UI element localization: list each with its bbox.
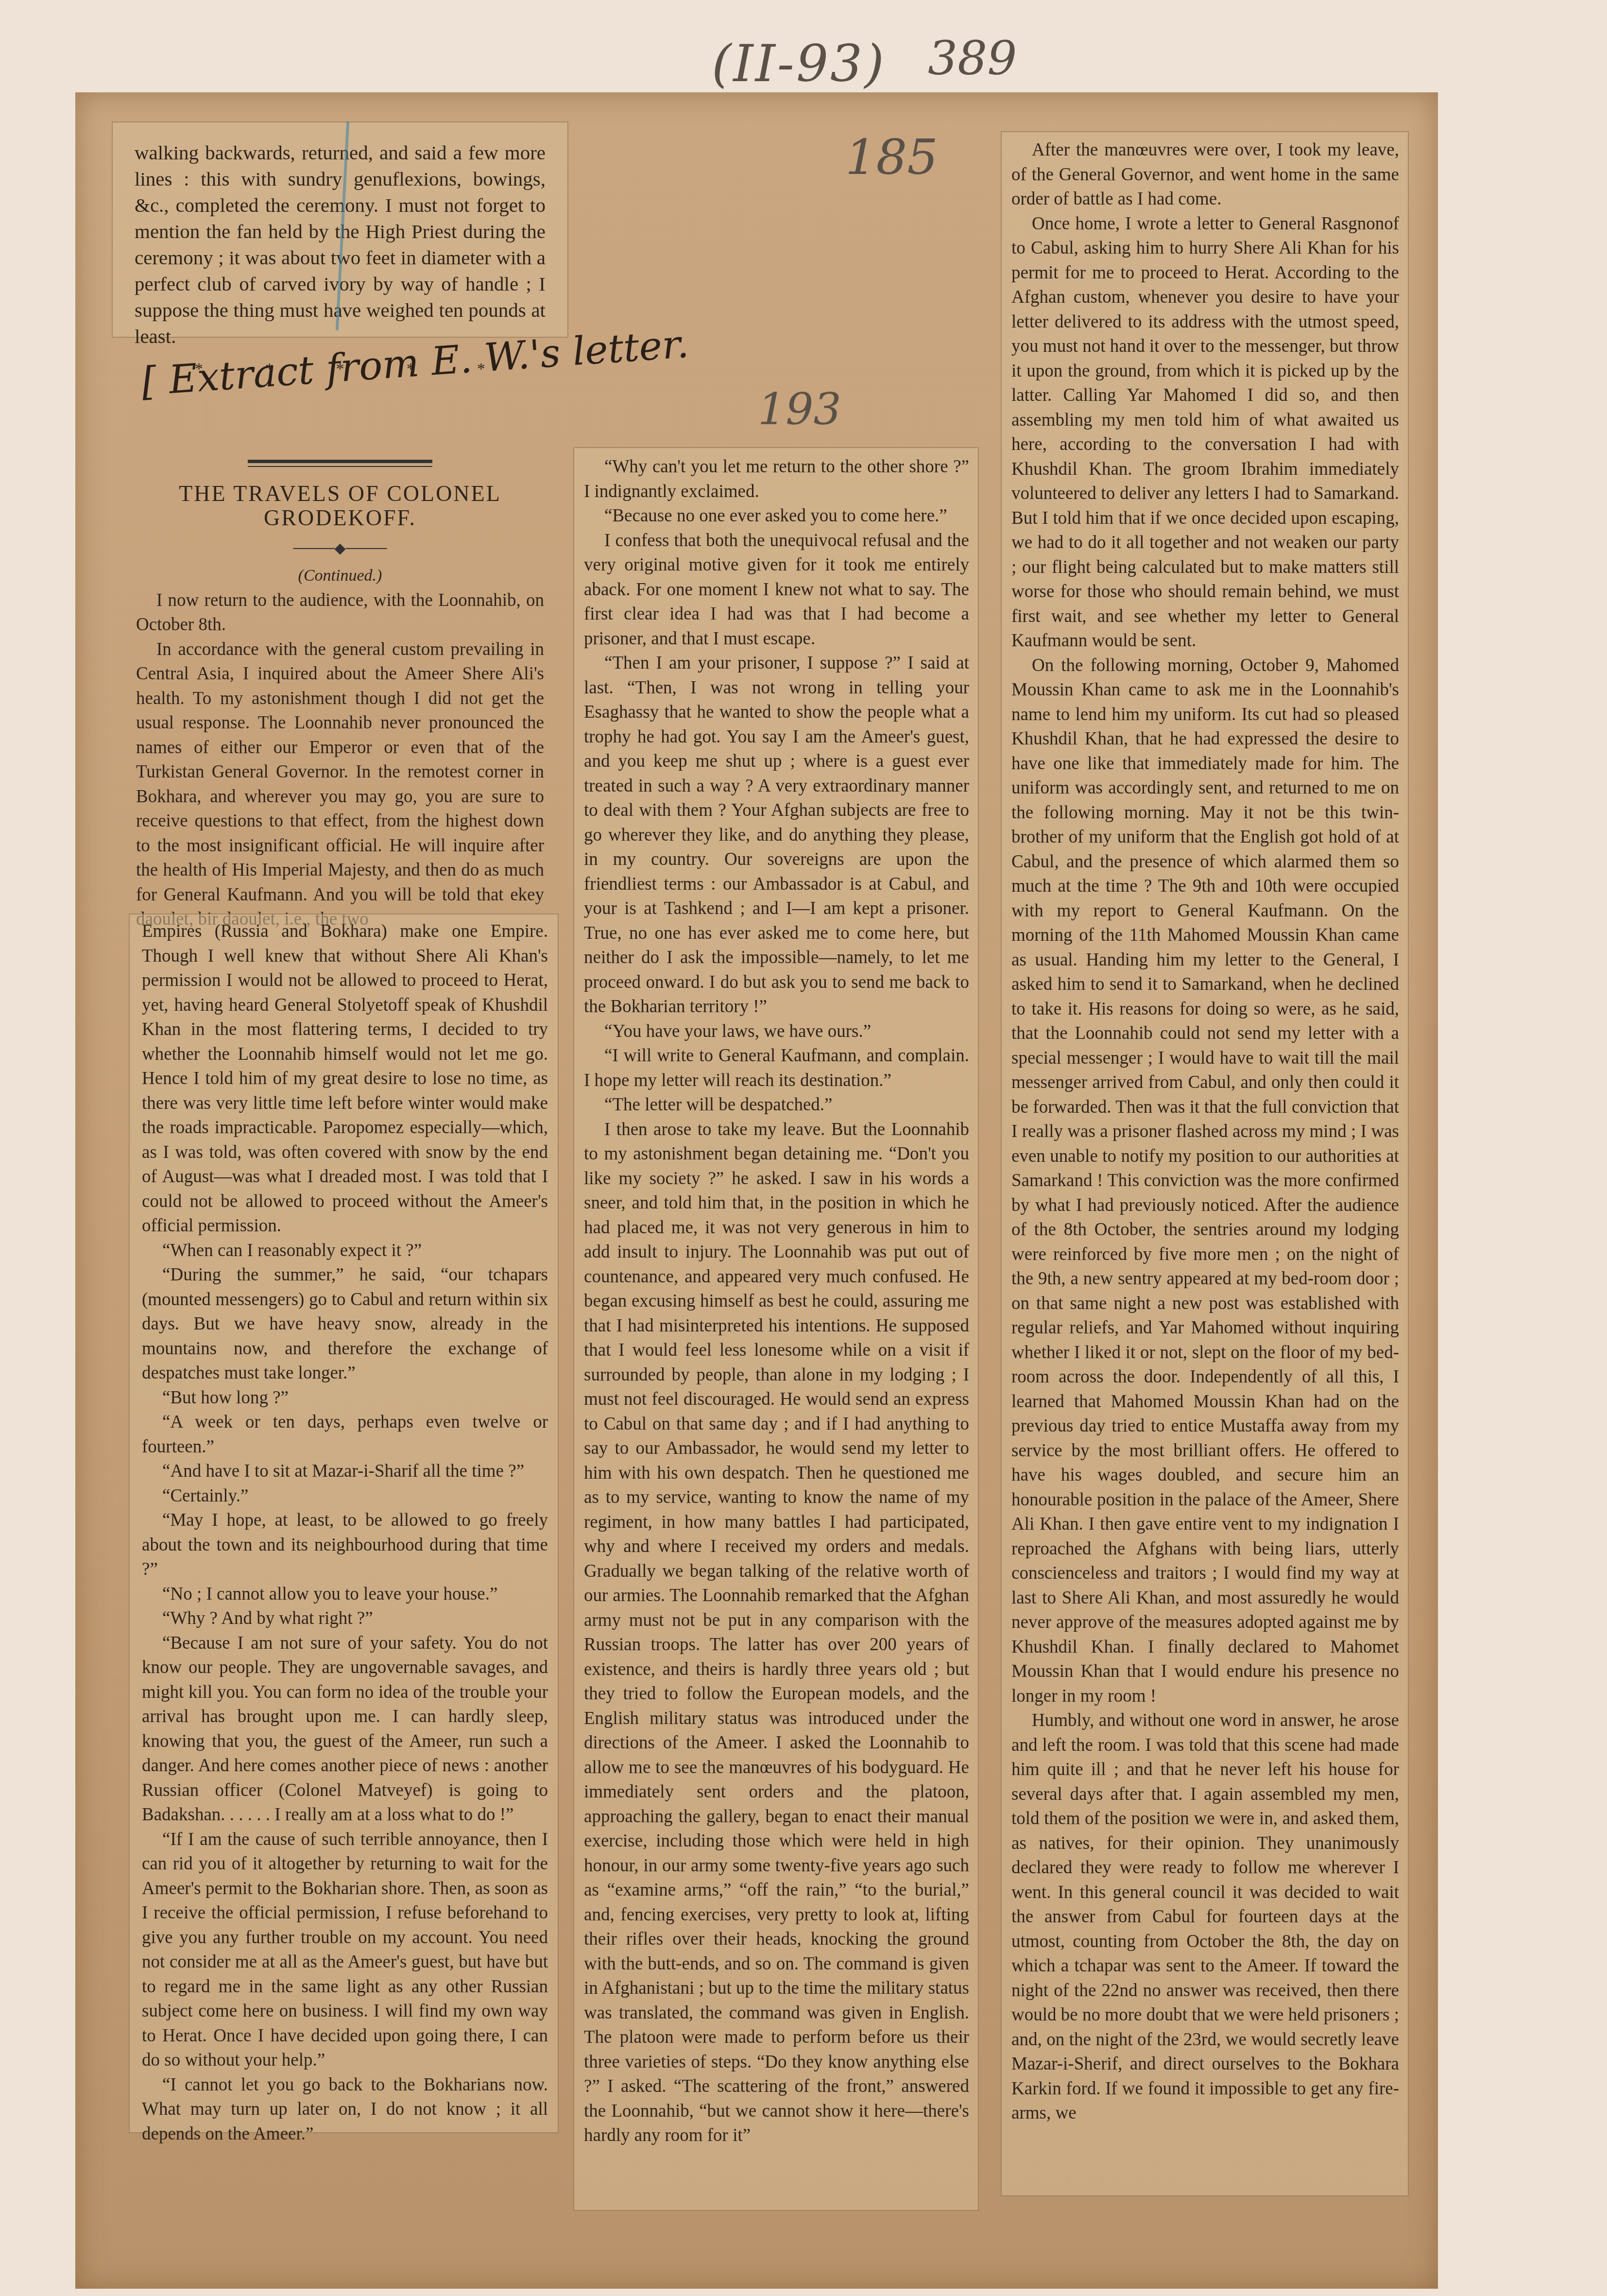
article-paragraph: “And have I to sit at Mazar-i-Sharif all… bbox=[142, 1459, 548, 1484]
article-paragraph: I now return to the audience, with the L… bbox=[136, 588, 544, 638]
article-paragraph: In accordance with the general custom pr… bbox=[136, 638, 544, 932]
article-paragraph: “I cannot let you go back to the Bokhari… bbox=[142, 2073, 548, 2147]
folio-number: 389 bbox=[928, 31, 1017, 86]
article-paragraph: Once home, I wrote a letter to General R… bbox=[1011, 212, 1399, 654]
article-paragraph: “Because no one ever asked you to come h… bbox=[584, 504, 969, 529]
article-paragraph: “Certainly.” bbox=[142, 1484, 548, 1509]
article-paragraph: “A week or ten days, perhaps even twelve… bbox=[142, 1410, 548, 1459]
article-paragraph: “Because I am not sure of your safety. Y… bbox=[142, 1631, 548, 1828]
article-paragraph: “But how long ?” bbox=[142, 1386, 548, 1411]
pencil-number-193: 193 bbox=[758, 384, 841, 435]
article-paragraph: On the following morning, October 9, Mah… bbox=[1011, 654, 1399, 1709]
article-title: THE TRAVELS OF COLONEL GRODEKOFF. bbox=[136, 482, 544, 530]
article-paragraph: “No ; I cannot allow you to leave your h… bbox=[142, 1582, 548, 1607]
article-paragraph: I then arose to take my leave. But the L… bbox=[584, 1118, 969, 2148]
article-paragraph: Empires (Russia and Bokhara) make one Em… bbox=[142, 919, 548, 1239]
article-paragraph: “Why ? And by what right ?” bbox=[142, 1606, 548, 1631]
pencil-number-185: 185 bbox=[845, 129, 938, 186]
archive-reference: (II-93) bbox=[712, 34, 886, 93]
article-paragraph: After the manœuvres were over, I took my… bbox=[1011, 138, 1399, 212]
article-paragraph: “May I hope, at least, to be allowed to … bbox=[142, 1508, 548, 1582]
article-paragraph: I confess that both the unequivocal refu… bbox=[584, 529, 969, 652]
double-rule-divider bbox=[248, 460, 432, 463]
article-paragraph: “You have your laws, we have ours.” bbox=[584, 1019, 969, 1044]
article-paragraph: “During the summer,” he said, “our tchap… bbox=[142, 1263, 548, 1386]
article-paragraph: “The letter will be despatched.” bbox=[584, 1093, 969, 1118]
article-column-middle: “Why can't you let me return to the othe… bbox=[573, 447, 979, 2211]
article-subtitle: (Continued.) bbox=[136, 564, 544, 588]
article-paragraph: “If I am the cause of such terrible anno… bbox=[142, 1828, 548, 2073]
article-paragraph: “Then I am your prisoner, I suppose ?” I… bbox=[584, 651, 969, 1019]
article-paragraph: “Why can't you let me return to the othe… bbox=[584, 455, 969, 504]
ornament-divider: ────◆──── bbox=[136, 540, 544, 557]
article-paragraph: Humbly, and without one word in answer, … bbox=[1011, 1709, 1399, 2126]
article-column-left-top: THE TRAVELS OF COLONEL GRODEKOFF. ────◆─… bbox=[121, 452, 559, 914]
top-clipping: walking backwards, returned, and said a … bbox=[112, 121, 568, 338]
article-column-right: After the manœuvres were over, I took my… bbox=[1001, 131, 1409, 2196]
article-paragraph: “I will write to General Kaufmann, and c… bbox=[584, 1044, 969, 1093]
thin-rule-divider bbox=[248, 466, 432, 467]
article-paragraph: “When can I reasonably expect it ?” bbox=[142, 1239, 548, 1263]
article-column-left-bottom: Empires (Russia and Bokhara) make one Em… bbox=[129, 914, 559, 2133]
